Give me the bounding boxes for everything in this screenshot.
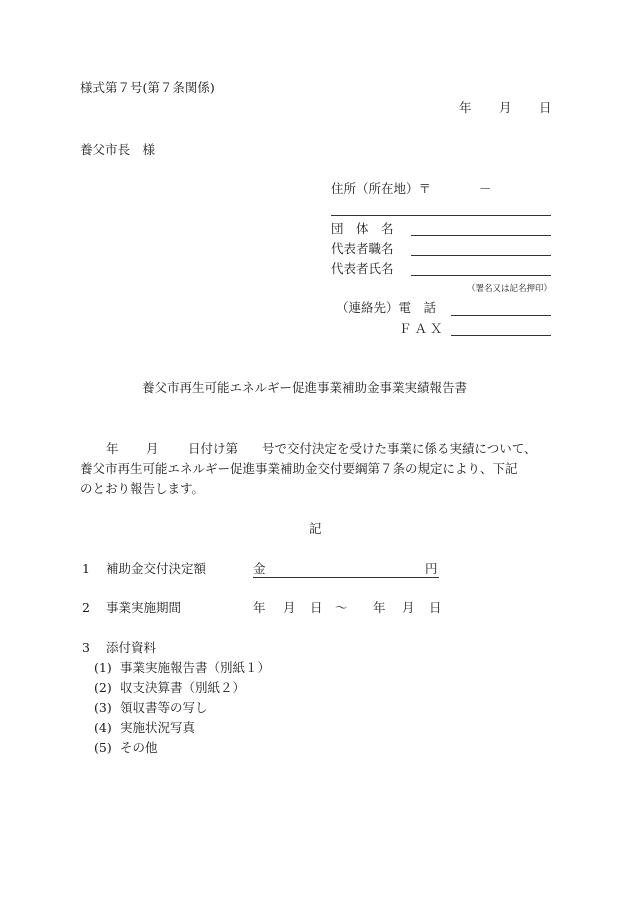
attachment-2-num: (2)	[94, 682, 112, 695]
item-1-label: 補助金交付決定額	[106, 563, 206, 576]
item-1-prefix: 金	[253, 563, 266, 576]
body-day-no: 日付け第	[188, 443, 238, 456]
attachment-3-text: 領収書等の写し	[120, 702, 208, 715]
document-title: 養父市再生可能エネルギー促進事業補助金事業実績報告書	[142, 382, 467, 395]
rep-title-line[interactable]	[411, 255, 551, 256]
contact-phone-label: （連絡先）電 話	[336, 302, 436, 315]
item-3-number: 3	[82, 642, 90, 655]
period-start-year: 年	[253, 602, 266, 615]
item-1-suffix: 円	[425, 563, 438, 576]
amount-line[interactable]	[253, 577, 439, 578]
body-line1-rest: 号で交付決定を受けた事業に係る実績について、	[262, 443, 537, 456]
date-month: 月	[499, 102, 512, 115]
body-month: 月	[146, 443, 159, 456]
signature-note: （署名又は記名押印）	[467, 285, 552, 294]
addressee: 養父市長 様	[80, 144, 155, 157]
org-name-line[interactable]	[411, 235, 551, 236]
form-number: 様式第７号(第７条関係)	[80, 82, 215, 95]
rep-name-label: 代表者氏名	[331, 263, 394, 276]
org-name-label: 団 体 名	[331, 223, 394, 236]
attachment-5-num: (5)	[94, 742, 112, 755]
item-2-label: 事業実施期間	[106, 602, 181, 615]
item-2-number: 2	[82, 602, 90, 615]
address-label: 住所（所在地）〒	[331, 183, 431, 196]
body-line3: のとおり報告します。	[80, 483, 204, 496]
period-end-month: 月	[402, 602, 415, 615]
item-3-label: 添付資料	[106, 642, 156, 655]
attachment-5-text: その他	[120, 742, 158, 755]
period-end-day: 日	[429, 602, 442, 615]
rep-title-label: 代表者職名	[331, 243, 394, 256]
fax-line[interactable]	[451, 335, 551, 336]
ki-heading: 記	[309, 523, 322, 536]
phone-line[interactable]	[451, 315, 551, 316]
attachment-2-text: 収支決算書（別紙２）	[120, 682, 245, 695]
attachment-4-num: (4)	[94, 722, 112, 735]
attachment-4-text: 実施状況写真	[120, 722, 195, 735]
attachment-1-text: 事業実施報告書（別紙１）	[120, 662, 270, 675]
attachment-3-num: (3)	[94, 702, 112, 715]
period-start-day: 日	[310, 602, 323, 615]
period-end-year: 年	[373, 602, 386, 615]
date-year: 年	[459, 102, 472, 115]
address-line[interactable]	[331, 215, 551, 216]
period-start-month: 月	[283, 602, 296, 615]
rep-name-line[interactable]	[411, 275, 551, 276]
body-line2: 養父市再生可能エネルギー促進事業補助金交付要綱第７条の規定により、下記	[80, 463, 518, 476]
date-day: 日	[539, 102, 552, 115]
period-tilde: ～	[335, 602, 348, 615]
body-year: 年	[106, 443, 119, 456]
postal-dash: －	[479, 183, 492, 196]
item-1-number: 1	[82, 563, 90, 576]
fax-label: ＦＡＸ	[399, 323, 446, 336]
attachment-1-num: (1)	[94, 662, 112, 675]
